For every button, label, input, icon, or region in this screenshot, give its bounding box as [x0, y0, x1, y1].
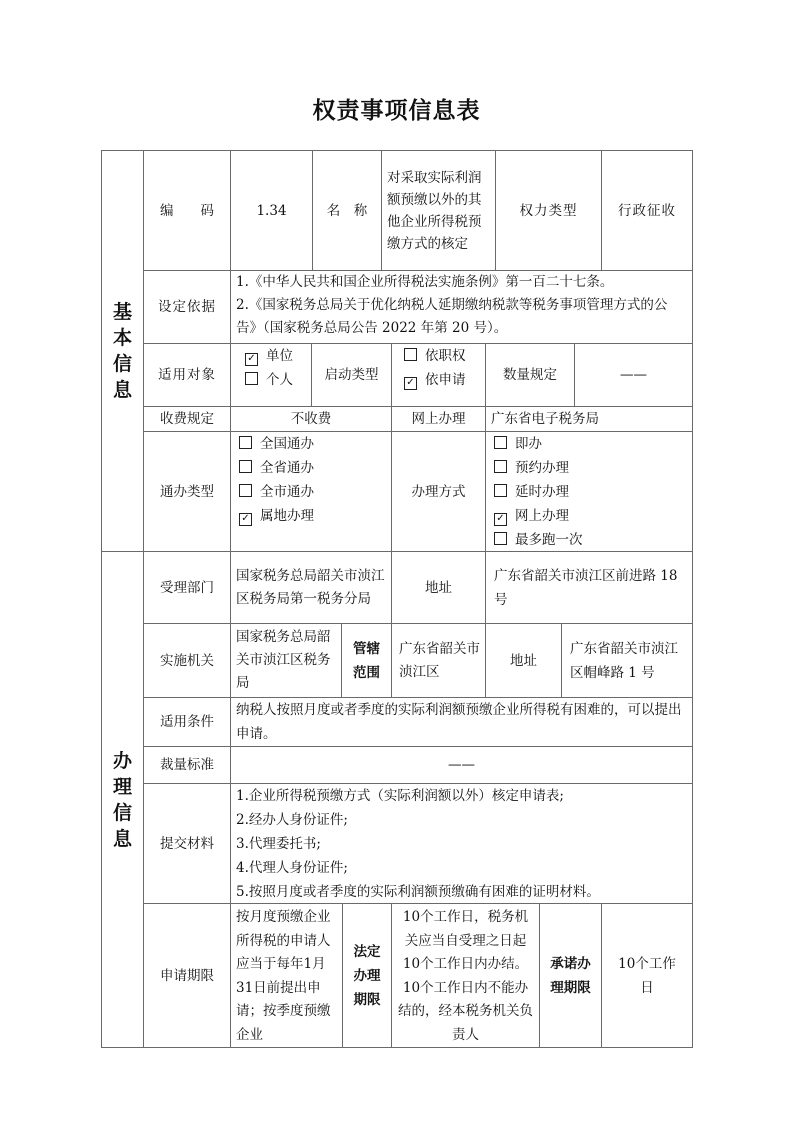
online-value-cell: 广东省电子税务局	[485, 406, 693, 432]
deadline-value-cell: 按月度预缴企业所得税的申请人应当于每年1月31日前提出申请；按季度预缴企业	[230, 903, 343, 1048]
name-value: 对采取实际利润额预缴以外的其他企业所得税预缴方式的核定	[387, 167, 490, 255]
promise-period-label: 承诺办理期限	[545, 952, 596, 1000]
tongban-option-provincial[interactable]: 全省通办	[239, 456, 314, 480]
condition-label-cell: 适用条件	[143, 697, 231, 747]
deadline-label-cell: 申请期限	[143, 903, 231, 1048]
code-label-cell: 编 码	[143, 150, 231, 271]
accept-address-value: 广东省韶关市浈江区前进路 18 号	[494, 564, 687, 612]
impl-address-label: 地址	[510, 649, 537, 673]
tongban-option-national[interactable]: 全国通办	[239, 432, 314, 456]
basis-label: 设定依据	[158, 295, 216, 319]
tongban-option-local[interactable]: ✓属地办理	[239, 504, 314, 528]
scope-value: 广东省韶关市浈江区	[399, 638, 480, 684]
tongban-label-cell: 通办类型	[143, 431, 231, 552]
name-label-cell: 名 称	[312, 150, 382, 271]
accept-value-cell: 国家税务总局韶关市浈江区税务局第一税务分局	[230, 551, 392, 624]
deadline-label: 申请期限	[160, 964, 214, 988]
online-label-cell: 网上办理	[391, 406, 486, 432]
materials-label-cell: 提交材料	[143, 783, 231, 904]
online-label: 网上办理	[412, 407, 466, 431]
start-type-label-cell: 启动类型	[311, 343, 392, 407]
checkbox-checked-icon[interactable]: ✓	[494, 513, 507, 526]
power-type-label-cell: 权力类型	[495, 150, 602, 271]
method-option-delayed[interactable]: 延时办理	[494, 480, 569, 504]
material-item: 5.按照月度或者季度的实际利润额预缴确有困难的证明材料。	[236, 880, 600, 904]
basis-line-2: 2.《国家税务总局关于优化纳税人延期缴纳税款等税务事项管理方式的公告》（国家税务…	[236, 294, 687, 340]
scope-label: 管辖范围	[350, 637, 383, 685]
impl-address-label-cell: 地址	[485, 623, 562, 698]
method-options-cell: 即办 预约办理 延时办理 ✓网上办理 最多跑一次	[485, 431, 693, 552]
target-label: 适用对象	[158, 363, 216, 387]
legal-period-value-cell: 10个工作日，税务机关应当自受理之日起10个工作日内办结。10个工作日内不能办结…	[391, 903, 540, 1048]
checkbox-unchecked-icon[interactable]	[494, 484, 507, 497]
section-basic-info: 基本信息	[101, 150, 144, 552]
impl-address-value: 广东省韶关市浈江区帽峰路 1 号	[570, 637, 687, 685]
material-item: 2.经办人身份证件;	[236, 808, 348, 832]
accept-label-cell: 受理部门	[143, 551, 231, 624]
method-option-instant[interactable]: 即办	[494, 432, 542, 456]
promise-period-label-cell: 承诺办理期限	[539, 903, 602, 1048]
quantity-value: ——	[620, 363, 647, 387]
checkbox-checked-icon[interactable]: ✓	[404, 377, 417, 390]
checkbox-checked-icon[interactable]: ✓	[239, 513, 252, 526]
target-label-cell: 适用对象	[143, 343, 231, 407]
quantity-label-cell: 数量规定	[485, 343, 575, 407]
impl-label: 实施机关	[160, 649, 214, 673]
method-label-cell: 办理方式	[391, 431, 486, 552]
accept-address-label: 地址	[425, 576, 452, 600]
checkbox-unchecked-icon[interactable]	[404, 348, 417, 361]
code-value: 1.34	[256, 199, 286, 223]
start-option-ex-officio[interactable]: 依职权	[404, 344, 466, 368]
accept-address-label-cell: 地址	[391, 551, 486, 624]
checkbox-unchecked-icon[interactable]	[245, 372, 258, 385]
discretion-label-cell: 裁量标准	[143, 746, 231, 784]
materials-list-cell: 1.企业所得税预缴方式（实际利润额以外）核定申请表; 2.经办人身份证件; 3.…	[230, 783, 693, 904]
condition-label: 适用条件	[160, 710, 214, 734]
checkbox-unchecked-icon[interactable]	[239, 460, 252, 473]
scope-label-cell: 管辖范围	[341, 623, 392, 698]
impl-value: 国家税务总局韶关市浈江区税务局	[236, 626, 336, 695]
checkbox-unchecked-icon[interactable]	[494, 436, 507, 449]
page-title: 权责事项信息表	[0, 92, 793, 125]
impl-label-cell: 实施机关	[143, 623, 231, 698]
code-label: 编 码	[160, 199, 214, 223]
method-option-appointment[interactable]: 预约办理	[494, 456, 569, 480]
checkbox-unchecked-icon[interactable]	[239, 484, 252, 497]
method-label: 办理方式	[412, 480, 466, 504]
start-type-label: 启动类型	[325, 363, 379, 387]
fee-value-cell: 不收费	[230, 406, 392, 432]
section-basic-label: 基本信息	[113, 299, 133, 403]
basis-label-cell: 设定依据	[143, 270, 231, 344]
discretion-label: 裁量标准	[160, 753, 214, 777]
checkbox-unchecked-icon[interactable]	[239, 436, 252, 449]
condition-value-cell: 纳税人按照月度或者季度的实际利润额预缴企业所得税有困难的，可以提出申请。	[230, 697, 693, 747]
fee-label: 收费规定	[160, 407, 214, 431]
discretion-value-cell: ——	[230, 746, 693, 784]
method-option-one-visit[interactable]: 最多跑一次	[494, 528, 583, 552]
online-value: 广东省电子税务局	[491, 407, 599, 431]
promise-period-value-cell: 10个工作日	[601, 903, 693, 1048]
checkbox-checked-icon[interactable]: ✓	[245, 353, 258, 366]
scope-value-cell: 广东省韶关市浈江区	[391, 623, 486, 698]
tongban-label: 通办类型	[160, 480, 214, 504]
checkbox-unchecked-icon[interactable]	[494, 532, 507, 545]
target-option-unit[interactable]: ✓单位	[245, 344, 293, 368]
promise-period-value: 10个工作日	[612, 952, 682, 1000]
material-item: 1.企业所得税预缴方式（实际利润额以外）核定申请表;	[236, 784, 564, 808]
method-option-online[interactable]: ✓网上办理	[494, 504, 569, 528]
power-type-label: 权力类型	[520, 199, 578, 223]
power-type-value: 行政征收	[618, 199, 676, 223]
material-item: 3.代理委托书;	[236, 832, 321, 856]
accept-address-value-cell: 广东省韶关市浈江区前进路 18 号	[485, 551, 693, 624]
fee-label-cell: 收费规定	[143, 406, 231, 432]
quantity-label: 数量规定	[503, 363, 557, 387]
discretion-value: ——	[448, 753, 475, 777]
fee-value: 不收费	[291, 407, 332, 431]
material-item: 4.代理人身份证件;	[236, 856, 348, 880]
deadline-value: 按月度预缴企业所得税的申请人应当于每年1月31日前提出申请；按季度预缴企业	[236, 906, 337, 1047]
materials-label: 提交材料	[160, 832, 214, 856]
impl-address-value-cell: 广东省韶关市浈江区帽峰路 1 号	[561, 623, 693, 698]
quantity-value-cell: ——	[574, 343, 693, 407]
accept-value: 国家税务总局韶关市浈江区税务局第一税务分局	[236, 565, 386, 611]
target-option-individual[interactable]: 个人	[245, 368, 293, 392]
name-value-cell: 对采取实际利润额预缴以外的其他企业所得税预缴方式的核定	[381, 150, 496, 271]
power-type-value-cell: 行政征收	[601, 150, 693, 271]
start-option-on-application[interactable]: ✓依申请	[404, 368, 466, 392]
condition-value: 纳税人按照月度或者季度的实际利润额预缴企业所得税有困难的，可以提出申请。	[236, 698, 687, 746]
tongban-option-city[interactable]: 全市通办	[239, 480, 314, 504]
impl-value-cell: 国家税务总局韶关市浈江区税务局	[230, 623, 342, 698]
legal-period-label: 法定办理期限	[350, 940, 384, 1012]
name-label: 名 称	[327, 199, 368, 223]
tongban-options-cell: 全国通办 全省通办 全市通办 ✓属地办理	[230, 431, 392, 552]
accept-label: 受理部门	[160, 576, 214, 600]
legal-period-value: 10个工作日，税务机关应当自受理之日起10个工作日内办结。10个工作日内不能办结…	[397, 906, 534, 1047]
section-processing-info: 办理信息	[101, 551, 144, 1048]
legal-period-label-cell: 法定办理期限	[342, 903, 392, 1048]
start-type-options-cell: 依职权 ✓依申请	[391, 343, 486, 407]
section-processing-label: 办理信息	[113, 748, 133, 852]
basis-value-cell: 1.《中华人民共和国企业所得税法实施条例》第一百二十七条。 2.《国家税务总局关…	[230, 270, 693, 344]
target-options-cell: ✓单位 个人	[230, 343, 312, 407]
code-value-cell: 1.34	[230, 150, 313, 271]
checkbox-unchecked-icon[interactable]	[494, 460, 507, 473]
basis-line-1: 1.《中华人民共和国企业所得税法实施条例》第一百二十七条。	[236, 271, 613, 294]
